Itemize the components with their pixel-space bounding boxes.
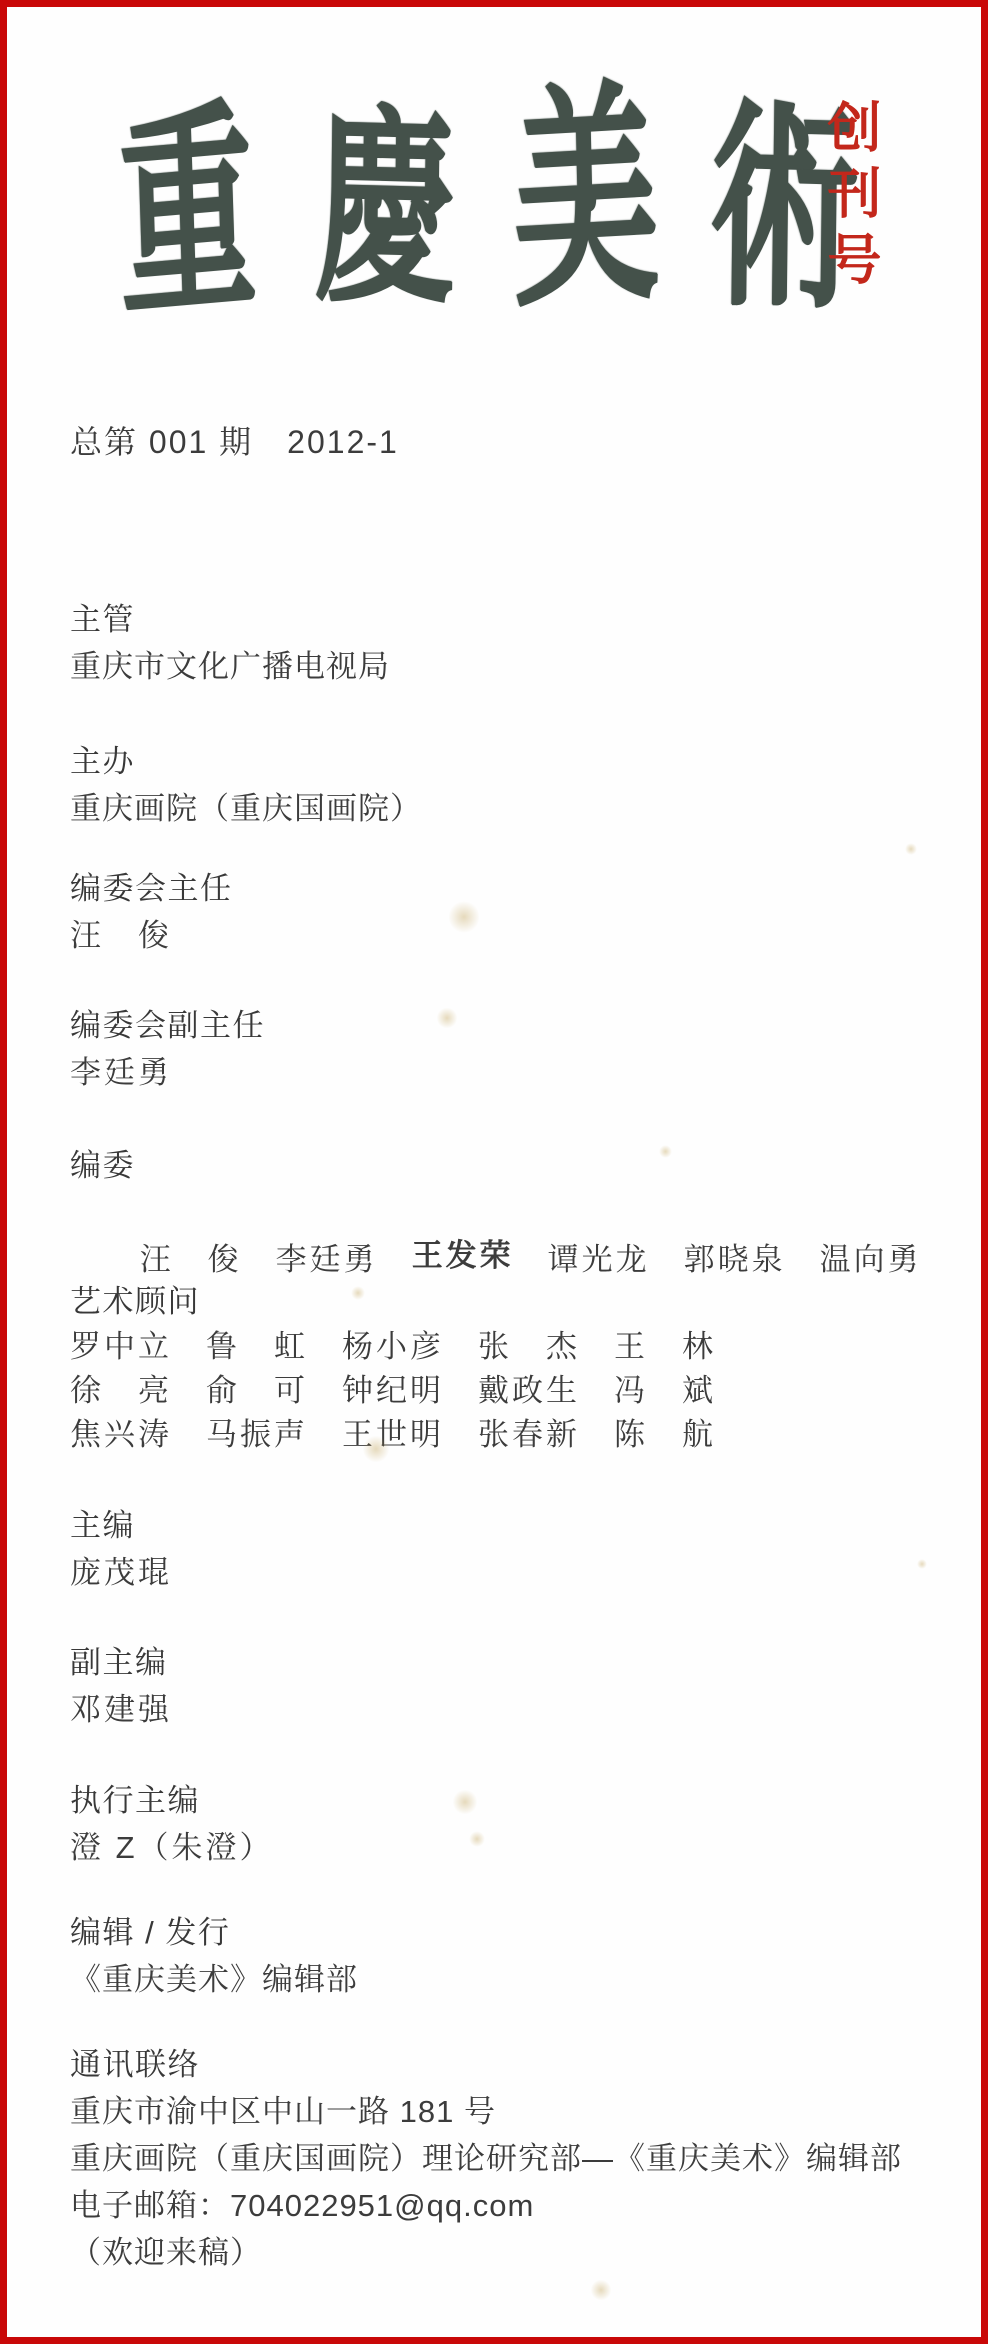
magazine-colophon-page: 重 慶 美 術 创刊号 总第 001 期 2012-1 主管 重庆市文化广播电视… [0, 0, 988, 2344]
advisor-name: 杨小彦 [342, 1325, 444, 1369]
title-calligraphy-char: 美 [509, 79, 607, 319]
section-label: 艺术顾问 [70, 1278, 947, 1325]
masthead: 重 慶 美 術 [87, 65, 832, 350]
section-label: 编委 [70, 1142, 947, 1189]
title-calligraphy-char: 慶 [314, 101, 406, 315]
paper-stain [905, 843, 917, 855]
art-advisors-grid: 罗中立 鲁 虹 杨小彦 张 杰 王 林 徐 亮 俞 可 钟纪明 戴政生 冯 斌 … [70, 1325, 947, 1457]
inaugural-issue-label: 创刊号 [823, 99, 877, 297]
title-calligraphy-char: 術 [708, 96, 807, 319]
section-label: 通讯联络 [70, 2041, 947, 2088]
contact-email-line: 电子邮箱：704022951@qq.com [70, 2182, 947, 2229]
advisor-name: 钟纪明 [342, 1369, 444, 1413]
section-label: 编委会主任 [70, 865, 947, 912]
title-calligraphy-char: 重 [115, 100, 209, 330]
section-contact: 通讯联络 重庆市渝中区中山一路 181 号 重庆画院（重庆国画院）理论研究部—《… [70, 2041, 947, 2276]
editing-distribution-value: 《重庆美术》编辑部 [70, 1956, 947, 2003]
contact-address-line: 重庆市渝中区中山一路 181 号 [70, 2088, 947, 2135]
section-label: 主管 [70, 596, 947, 643]
section-editorial-board-deputy-director: 编委会副主任 李廷勇 [70, 1002, 947, 1096]
advisor-name: 王世明 [342, 1413, 444, 1457]
board-members-group: 汪 俊 李廷勇 [140, 1242, 412, 1277]
section-label: 副主编 [70, 1639, 947, 1686]
section-chief-editor: 主编 庞茂琨 [70, 1502, 947, 1596]
section-organizer: 主办 重庆画院（重庆国画院） [70, 738, 947, 832]
section-label: 编委会副主任 [70, 1002, 947, 1049]
deputy-director-name: 李廷勇 [70, 1049, 947, 1096]
section-art-advisors: 艺术顾问 罗中立 鲁 虹 杨小彦 张 杰 王 林 徐 亮 俞 可 钟纪明 戴政生… [70, 1278, 947, 1457]
issue-number-line: 总第 001 期 2012-1 [70, 419, 947, 466]
section-deputy-chief-editor: 副主编 邓建强 [70, 1639, 947, 1733]
section-label: 主办 [70, 738, 947, 785]
organizer-value: 重庆画院（重庆国画院） [70, 785, 947, 832]
advisor-name: 张春新 [478, 1413, 580, 1457]
advisor-name: 陈 航 [614, 1413, 716, 1457]
advisor-name: 鲁 虹 [206, 1325, 308, 1369]
advisor-name: 戴政生 [478, 1369, 580, 1413]
advisor-name: 王 林 [614, 1325, 716, 1369]
advisor-name: 马振声 [206, 1413, 308, 1457]
advisor-name: 俞 可 [206, 1369, 308, 1413]
advisor-name: 罗中立 [70, 1325, 172, 1369]
contact-department-line: 重庆画院（重庆国画院）理论研究部—《重庆美术》编辑部 [70, 2135, 947, 2182]
board-members-group: 谭光龙 郭晓泉 温向勇 [514, 1242, 922, 1277]
section-label: 主编 [70, 1502, 947, 1549]
section-label: 编辑 / 发行 [70, 1909, 947, 1956]
board-member-emphasized: 王发荣 [412, 1238, 514, 1273]
advisor-name: 冯 斌 [614, 1369, 716, 1413]
supervisor-value: 重庆市文化广播电视局 [70, 643, 947, 690]
director-name: 汪 俊 [70, 912, 947, 959]
chief-editor-name: 庞茂琨 [70, 1549, 947, 1596]
advisor-name: 张 杰 [478, 1325, 580, 1369]
executive-editor-name: 澄 Z（朱澄） [70, 1824, 947, 1871]
section-editing-distribution: 编辑 / 发行 《重庆美术》编辑部 [70, 1909, 947, 2003]
section-executive-editor: 执行主编 澄 Z（朱澄） [70, 1777, 947, 1871]
paper-stain [591, 2279, 611, 2301]
section-label: 执行主编 [70, 1777, 947, 1824]
section-supervisor: 主管 重庆市文化广播电视局 [70, 596, 947, 690]
contact-submissions-welcome-line: （欢迎来稿） [70, 2229, 947, 2276]
advisor-name: 徐 亮 [70, 1369, 172, 1413]
advisor-name: 焦兴涛 [70, 1413, 172, 1457]
section-editorial-board-director: 编委会主任 汪 俊 [70, 865, 947, 959]
deputy-chief-editor-name: 邓建强 [70, 1686, 947, 1733]
